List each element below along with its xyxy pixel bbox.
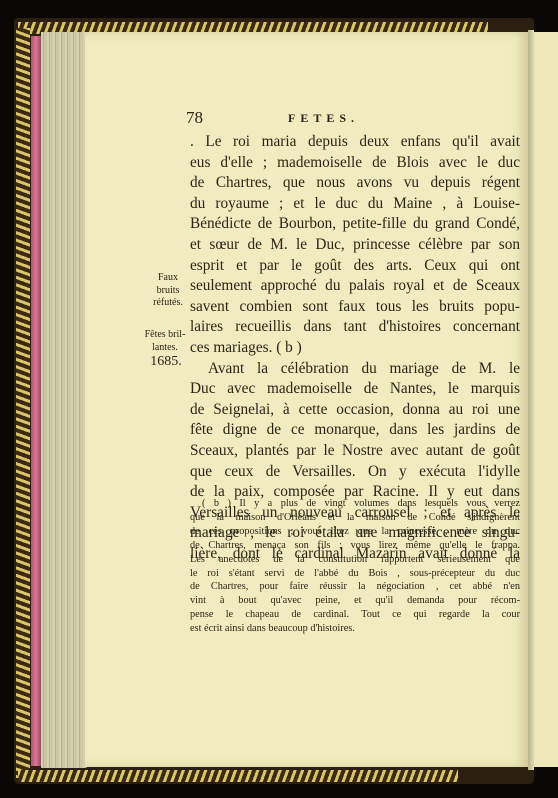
footnote-line: que la maison d'Orléans et la maison de … <box>190 511 520 525</box>
text-line: eus d'elle ; mademoiselle de Blois avec … <box>190 153 520 174</box>
footnote-line: est écrit ainsi dans beaucoup d'histoire… <box>190 622 520 636</box>
margin-note-fetes: Fêtes bril- lantes. <box>140 329 190 354</box>
text-line: de Chartres, que nous avons vu depuis ré… <box>190 173 520 194</box>
footnote: ( b ) Il y a plus de vingt volumes dans … <box>190 497 520 636</box>
footnote-line: pense le chapeau de cardinal. Tout ce qu… <box>190 608 520 622</box>
margin-note-line: Faux <box>143 272 193 285</box>
page-number: 78 <box>186 108 203 128</box>
text-line: Duc avec mademoiselle de Nantes, le marq… <box>190 379 520 400</box>
gilt-border-bottom <box>18 770 458 782</box>
text-line: savent combien sont faux tous les bruits… <box>190 297 520 318</box>
margin-note-line: Fêtes bril- <box>140 329 190 342</box>
footnote-line: de Chartres, menaça son fils ; vous lire… <box>190 539 520 553</box>
text-line: que ceux de Versailles. On y exécuta l'i… <box>190 462 520 483</box>
margin-note-line: réfutés. <box>143 297 193 310</box>
footnote-line: le roi s'étant servi de l'abbé du Bois ,… <box>190 567 520 581</box>
text-line: Sceaux, plantés par le Nostre avec autan… <box>190 441 520 462</box>
marbled-page-edge <box>31 36 41 766</box>
text-line: Bénédicte de Bourbon, petite-fille du gr… <box>190 214 520 235</box>
text-line: ces mariages. ( b ) <box>190 338 520 359</box>
text-line: laires recueillis dans tant d'histoires … <box>190 317 520 338</box>
running-head: 78 FETES. <box>186 108 486 128</box>
gilt-border-left <box>16 28 30 778</box>
footnote-line: de Chartres, pour faire réussir la négoc… <box>190 580 520 594</box>
text-line: fête digne de ce monarque, dans les jard… <box>190 420 520 441</box>
margin-note-line: bruits <box>143 285 193 298</box>
running-title: FETES. <box>288 111 359 126</box>
text-line: de Seignelai, à cette occasion, donna au… <box>190 400 520 421</box>
footnote-line: Les anecdotes de la constitution rapport… <box>190 553 520 567</box>
footnote-line: vint à bout qu'avec peine, et qu'il dema… <box>190 594 520 608</box>
text-line: . Le roi maria depuis deux enfans qu'il … <box>190 132 520 153</box>
margin-note-faux-bruits: Faux bruits réfutés. <box>143 272 193 310</box>
footnote-line: ( b ) Il y a plus de vingt volumes dans … <box>190 497 520 511</box>
page-stack-edge <box>41 32 87 768</box>
text-line: esprit et par le goût des arts. Ceux qui… <box>190 256 520 277</box>
footnote-line: de ces propositions ; vous lirez que la … <box>190 525 520 539</box>
text-line: et sœur de M. le Duc, princesse célèbre … <box>190 235 520 256</box>
text-line: Avant la célébration du mariage de M. le <box>190 359 520 380</box>
margin-note-year: 1685. <box>141 356 191 369</box>
text-line: seulement approché du palais royal et de… <box>190 276 520 297</box>
margin-note-line: lantes. <box>140 342 190 355</box>
text-line: du royaume ; et le duc du Maine , à Loui… <box>190 194 520 215</box>
facing-page-edge <box>534 32 558 767</box>
